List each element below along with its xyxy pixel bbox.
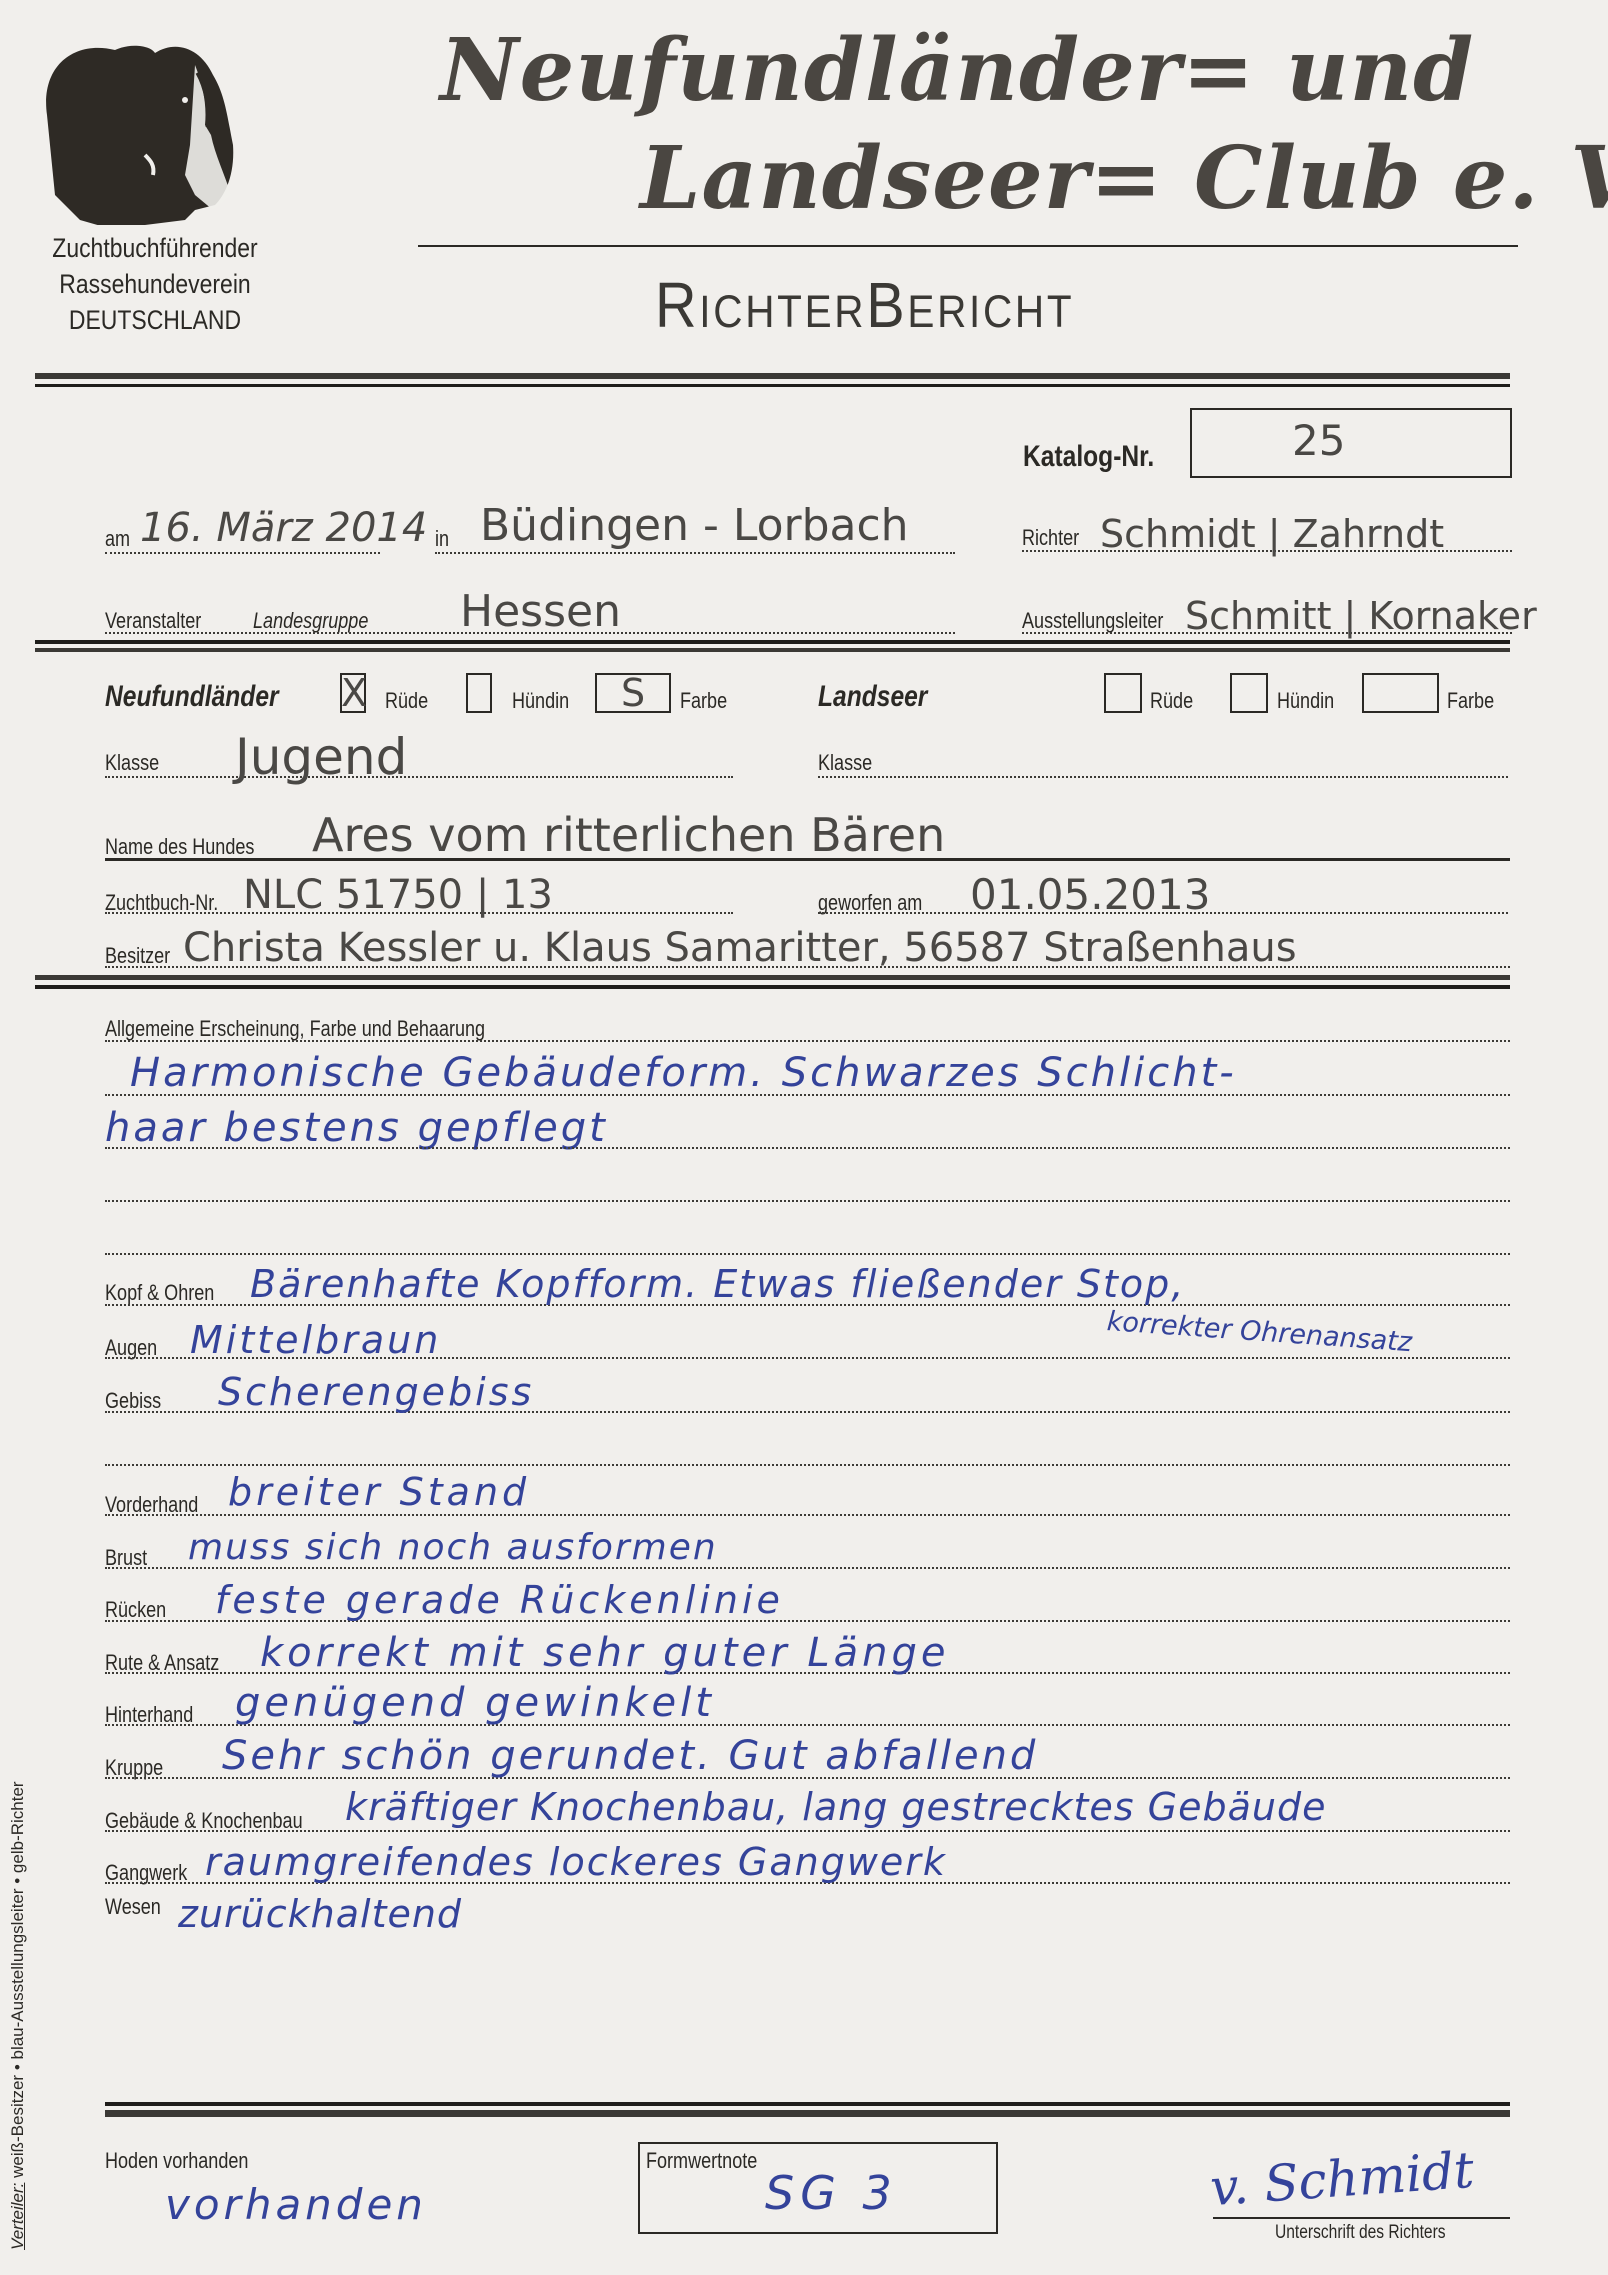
footer-rule (105, 2110, 1510, 2117)
front-field[interactable]: breiter Stand (228, 1470, 530, 1514)
section-rule (35, 985, 1510, 989)
head-field-cont[interactable]: korrekter Ohrenansatz (1106, 1306, 1413, 1358)
club-logo (35, 25, 235, 225)
class-line (105, 776, 733, 778)
judge-field[interactable]: Schmidt | Zahrndt (1100, 512, 1444, 556)
date-field[interactable]: 16. März 2014 (140, 505, 427, 551)
logo-caption: Zuchtbuchführender Rassehundeverein DEUT… (45, 230, 266, 338)
newfoundland-female-checkbox[interactable] (466, 673, 492, 713)
body-field[interactable]: kräftiger Knochenbau, lang gestrecktes G… (345, 1785, 1327, 1829)
show-leader-label: Ausstellungsleiter (1022, 608, 1163, 634)
place-field[interactable]: Büdingen - Lorbach (480, 500, 909, 551)
dog-name-label: Name des Hundes (105, 834, 254, 860)
show-leader-field[interactable]: Schmitt | Kornaker (1185, 594, 1537, 638)
body-line (105, 1830, 1510, 1832)
date-label: am (105, 526, 130, 552)
dog-name-field[interactable]: Ares vom ritterlichen Bären (312, 808, 945, 862)
organizer-label: Veranstalter (105, 608, 201, 634)
title-rule (418, 245, 1518, 247)
organizer-field[interactable]: Hessen (460, 586, 621, 637)
general-line (105, 1040, 1510, 1042)
general-label: Allgemeine Erscheinung, Farbe und Behaar… (105, 1016, 485, 1042)
place-line (435, 552, 955, 554)
rear-field[interactable]: genügend gewinkelt (235, 1680, 715, 1726)
judge-label: Richter (1022, 525, 1079, 551)
signature-line (1213, 2217, 1510, 2219)
distribution-text: weiß-Besitzer • blau-Ausstellungsleiter … (8, 1781, 27, 2182)
chest-field[interactable]: muss sich noch ausformen (188, 1527, 718, 1568)
club-name-line-1: Neufundländer= und (440, 20, 1474, 121)
newfoundland-male-checkbox[interactable]: X (340, 673, 366, 713)
distribution-note: Verteiler: weiß-Besitzer • blau-Ausstell… (8, 1781, 28, 2250)
color-value: S (621, 671, 645, 715)
testicles-label: Hoden vorhanden (105, 2148, 248, 2174)
grade-label: Formwertnote (646, 2148, 757, 2174)
section-rule (35, 640, 1510, 644)
class-line (818, 776, 1508, 778)
grade-box[interactable]: Formwertnote SG 3 (638, 2142, 998, 2234)
landseer-class-label: Klasse (818, 750, 872, 776)
distribution-label: Verteiler: (8, 2183, 27, 2250)
newfoundland-color-field[interactable]: S (595, 673, 671, 713)
newfoundland-male-label: Rüde (385, 688, 428, 714)
form-title: RichterBericht (655, 268, 1074, 342)
signature-label: Unterschrift des Richters (1275, 2222, 1446, 2244)
footer-rule (105, 2102, 1510, 2106)
croup-field[interactable]: Sehr schön gerundet. Gut abfallend (222, 1733, 1038, 1779)
organizer-sublabel: Landesgruppe (253, 608, 368, 634)
owner-field[interactable]: Christa Kessler u. Klaus Samaritter, 565… (183, 925, 1297, 971)
date-line (105, 552, 380, 554)
header-rule (35, 373, 1510, 379)
back-field[interactable]: feste gerade Rückenlinie (215, 1578, 784, 1622)
place-label: in (435, 526, 449, 552)
general-field-line2[interactable]: haar bestens gepflegt (105, 1105, 608, 1151)
general-line (105, 1094, 1510, 1096)
newfoundland-class-label: Klasse (105, 750, 159, 776)
landseer-female-label: Hündin (1277, 688, 1334, 714)
temperament-label: Wesen (105, 1894, 161, 1920)
testicles-field[interactable]: vorhanden (165, 2180, 427, 2229)
landseer-male-label: Rüde (1150, 688, 1193, 714)
section-rule (35, 648, 1510, 652)
general-line (105, 1200, 1510, 1202)
landseer-male-checkbox[interactable] (1104, 673, 1142, 713)
bite-line (105, 1464, 1510, 1466)
landseer-label: Landseer (818, 680, 927, 714)
logo-caption-line: Rassehundeverein (45, 266, 266, 302)
section-rule (35, 975, 1510, 980)
general-field-line1[interactable]: Harmonische Gebäudeform. Schwarzes Schli… (130, 1050, 1237, 1096)
tail-field[interactable]: korrekt mit sehr guter Länge (260, 1630, 949, 1676)
eyes-field[interactable]: Mittelbraun (190, 1318, 441, 1362)
landseer-female-checkbox[interactable] (1230, 673, 1268, 713)
landseer-color-label: Farbe (1447, 688, 1494, 714)
landseer-color-field[interactable] (1362, 673, 1439, 713)
newfoundland-dogs-logo-icon (35, 25, 235, 225)
studbook-field[interactable]: NLC 51750 | 13 (243, 872, 553, 918)
newfoundland-female-label: Hündin (512, 688, 569, 714)
newfoundland-label: Neufundländer (105, 680, 279, 714)
temperament-field[interactable]: zurückhaltend (178, 1892, 462, 1936)
logo-caption-line: Zuchtbuchführender (45, 230, 266, 266)
front-line (105, 1514, 1510, 1516)
general-line (105, 1147, 1510, 1149)
katalog-field[interactable]: 25 (1190, 408, 1512, 478)
judge-signature[interactable]: v. Schmidt (1208, 2141, 1475, 2217)
head-label: Kopf & Ohren (105, 1280, 214, 1306)
checkbox-mark: X (341, 671, 367, 715)
born-field[interactable]: 01.05.2013 (970, 870, 1210, 919)
logo-caption-line: DEUTSCHLAND (45, 302, 266, 338)
header-rule (35, 384, 1510, 387)
katalog-value: 25 (1292, 416, 1345, 465)
head-field[interactable]: Bärenhafte Kopfform. Etwas fließender St… (250, 1262, 1185, 1306)
general-line (105, 1253, 1510, 1255)
grade-value: SG 3 (765, 2166, 898, 2220)
club-name-line-2: Landseer= Club e. V. (640, 128, 1608, 229)
newfoundland-class-field[interactable]: Jugend (235, 728, 407, 786)
gait-field[interactable]: raumgreifendes lockeres Gangwerk (205, 1840, 947, 1884)
katalog-label: Katalog-Nr. (1023, 440, 1154, 474)
bite-field[interactable]: Scherengebiss (218, 1370, 534, 1414)
newfoundland-color-label: Farbe (680, 688, 727, 714)
